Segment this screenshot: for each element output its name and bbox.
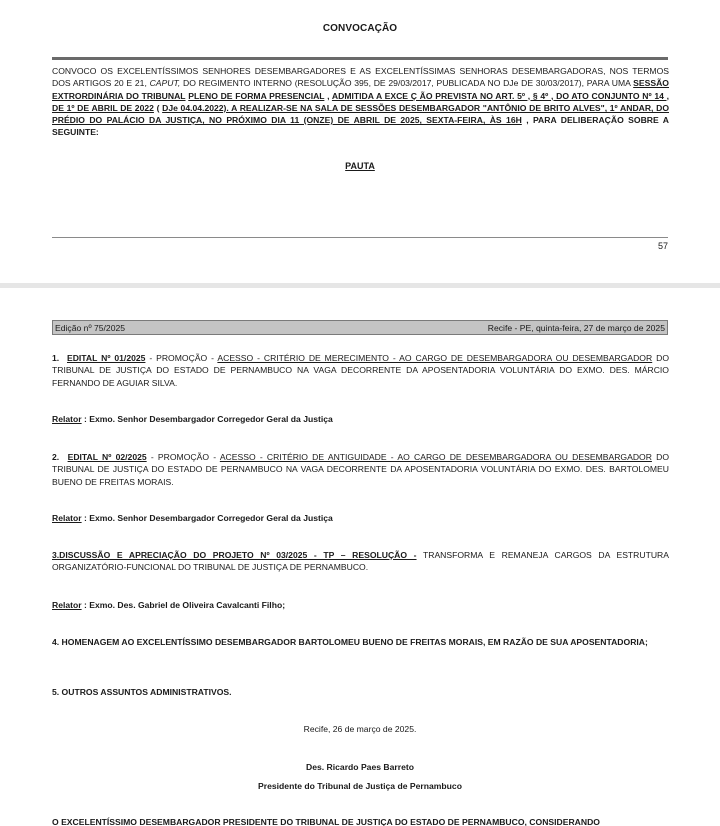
page-number: 57 <box>640 241 668 251</box>
relator-item-3: Relator : Exmo. Des. Gabriel de Oliveira… <box>52 600 285 610</box>
convocation-paragraph: CONVOCO OS EXCELENTÍSSIMOS SENHORES DESE… <box>52 65 669 139</box>
page-separator <box>0 283 720 288</box>
edition-header-bar: Edição nº 75/2025 Recife - PE, quinta-fe… <box>52 320 668 335</box>
session-mode: PLENO DE FORMA PRESENCIAL <box>188 91 324 101</box>
document-page-57: CONVOCAÇÃO CONVOCO OS EXCELENTÍSSIMOS SE… <box>0 0 720 283</box>
agenda-item-5: 5. OUTROS ASSUNTOS ADMINISTRATIVOS. <box>52 686 669 699</box>
agenda-item-2: 2. EDITAL Nº 02/2025 - PROMOÇÃO - ACESSO… <box>52 451 669 488</box>
edital-ref: EDITAL Nº 01/2025 <box>67 353 145 363</box>
relator-item-2: Relator : Exmo. Senhor Desembargador Cor… <box>52 513 333 523</box>
signer-title: Presidente do Tribunal de Justiça de Per… <box>0 781 720 791</box>
edital-ref: EDITAL Nº 02/2025 <box>68 452 147 462</box>
edition-number: Edição nº 75/2025 <box>55 323 125 333</box>
pauta-heading: PAUTA <box>0 161 720 171</box>
agenda-item-4: 4. HOMENAGEM AO EXCELENTÍSSIMO DESEMBARG… <box>52 636 669 649</box>
agenda-item-1: 1. EDITAL Nº 01/2025 - PROMOÇÃO - ACESSO… <box>52 352 669 389</box>
place-date: Recife, 26 de março de 2025. <box>0 724 720 734</box>
signer-name: Des. Ricardo Paes Barreto <box>0 762 720 772</box>
title-divider <box>52 57 668 60</box>
footer-divider <box>52 237 668 238</box>
edition-dateline: Recife - PE, quinta-feira, 27 de março d… <box>488 323 665 333</box>
relator-item-1: Relator : Exmo. Senhor Desembargador Cor… <box>52 414 333 424</box>
agenda-item-3: 3.DISCUSSÃO E APRECIAÇÃO DO PROJETO Nº 0… <box>52 549 669 574</box>
document-title: CONVOCAÇÃO <box>0 23 720 34</box>
next-paragraph-truncated: O EXCELENTÍSSIMO DESEMBARGADOR PRESIDENT… <box>52 817 669 826</box>
